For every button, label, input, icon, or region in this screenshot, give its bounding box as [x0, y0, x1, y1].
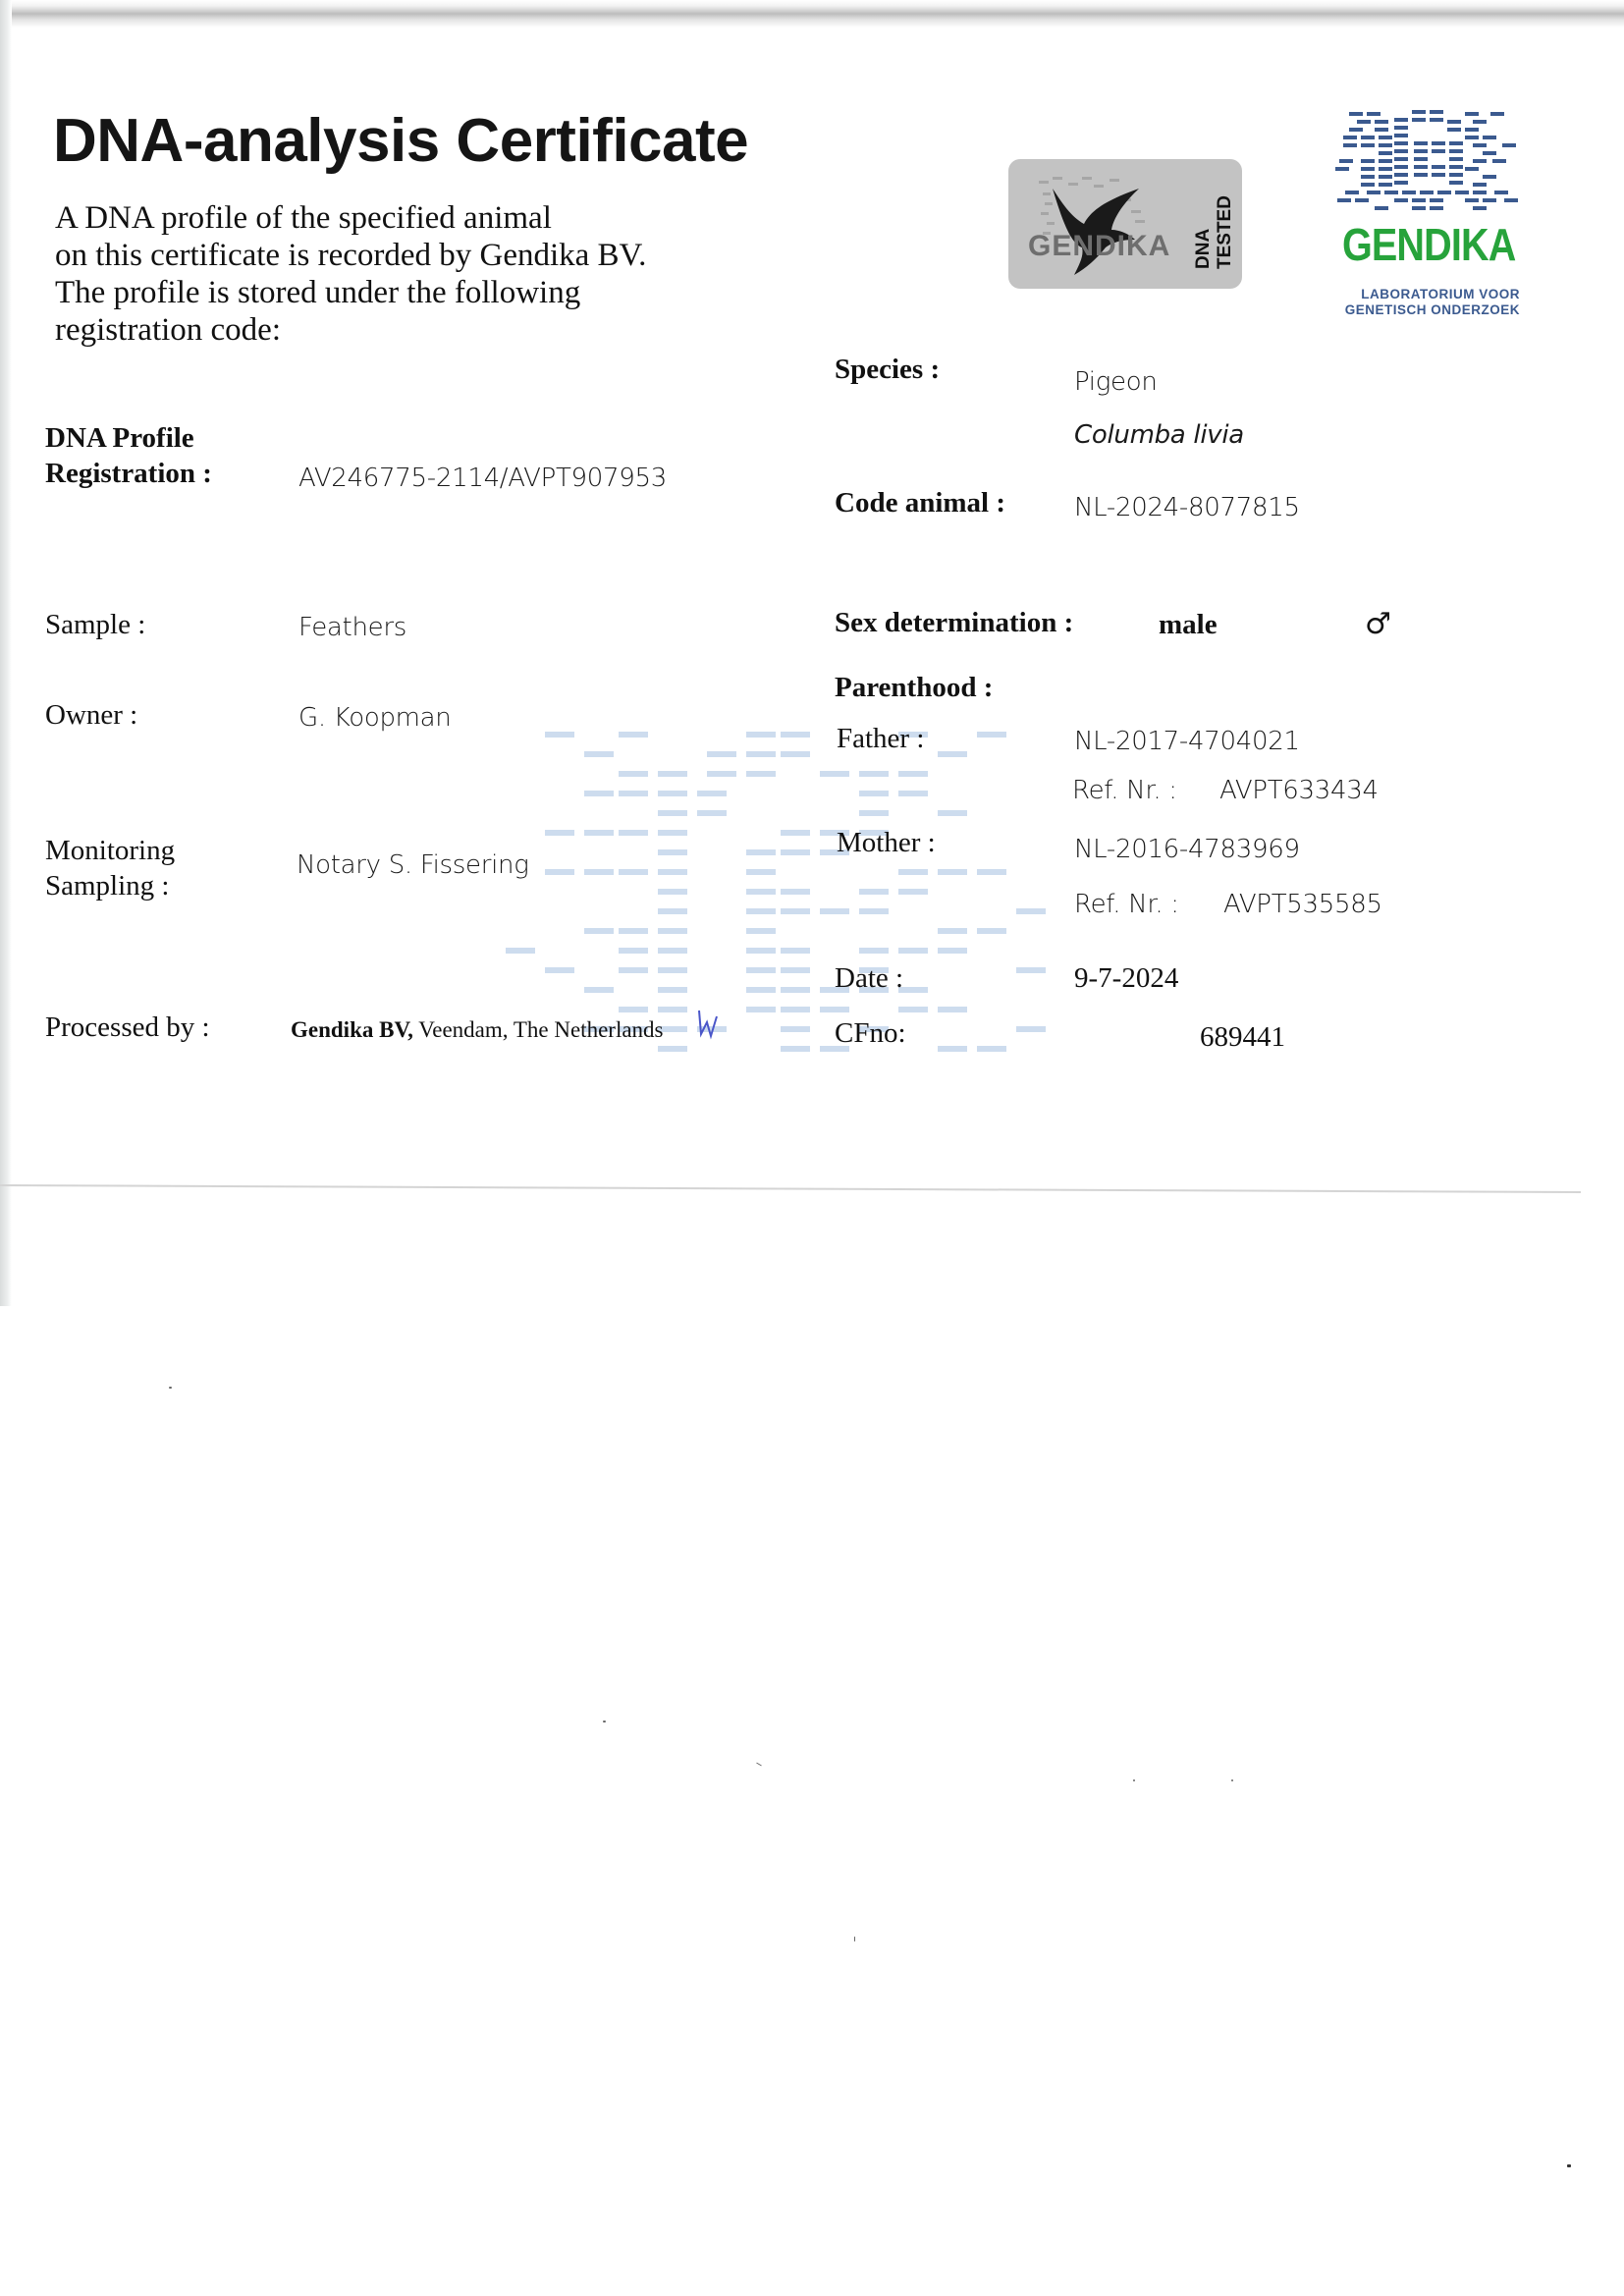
certificate-intro: A DNA profile of the specified animal on… — [55, 199, 742, 349]
owner-label: Owner : — [45, 699, 137, 732]
gendika-logo-icon — [1335, 108, 1522, 216]
dna-tested-badge: GENDIKA DNA TESTED — [1008, 159, 1242, 289]
male-symbol-icon: ♂ — [1365, 607, 1391, 641]
monitoring-label: Monitoring — [45, 835, 175, 867]
intro-line: registration code: — [55, 311, 742, 349]
sex-value: male — [1159, 609, 1218, 641]
mother-label: Mother : — [837, 827, 936, 859]
parenthood-label: Parenthood : — [835, 672, 993, 704]
mother-ref-value: AVPT535585 — [1223, 890, 1382, 919]
processed-label: Processed by : — [45, 1011, 210, 1044]
badge-brand: GENDIKA — [1028, 230, 1170, 263]
registration-value: AV246775-2114/AVPT907953 — [298, 464, 667, 493]
code-animal-value: NL-2024-8077815 — [1074, 493, 1300, 522]
father-value: NL-2017-4704021 — [1074, 727, 1300, 756]
scan-edge-top — [0, 0, 1624, 27]
date-value: 9-7-2024 — [1074, 962, 1178, 995]
father-ref-value: AVPT633434 — [1219, 776, 1379, 805]
mother-value: NL-2016-4783969 — [1074, 835, 1300, 864]
logo-subtitle: LABORATORIUM VOOR GENETISCH ONDERZOEK — [1343, 287, 1520, 318]
father-label: Father : — [837, 723, 924, 755]
intro-line: The profile is stored under the followin… — [55, 274, 742, 311]
logo-subtitle-line: GENETISCH ONDERZOEK — [1343, 302, 1520, 318]
monitoring-value: Notary S. Fissering — [297, 850, 529, 880]
processed-location: Veendam, The Netherlands — [413, 1017, 664, 1042]
signature-mark-icon — [695, 1009, 719, 1040]
processed-company: Gendika BV, — [291, 1017, 413, 1042]
sample-label: Sample : — [45, 609, 145, 641]
registration-label: Registration : — [45, 458, 212, 490]
certificate-title: DNA-analysis Certificate — [53, 106, 748, 176]
sampling-label: Sampling : — [45, 870, 169, 902]
species-label: Species : — [835, 354, 940, 386]
cfno-value: 689441 — [1200, 1021, 1285, 1054]
owner-value: G. Koopman — [298, 703, 452, 733]
date-label: Date : — [835, 962, 903, 995]
scan-speck — [169, 1387, 172, 1389]
sex-determination-label: Sex determination : — [835, 607, 1073, 639]
scan-speck — [756, 1763, 762, 1767]
species-latin-value: Columba livia — [1074, 420, 1244, 450]
card-bottom-edge — [0, 1184, 1581, 1193]
logo-name: GENDIKA — [1342, 218, 1515, 271]
scan-speck — [1133, 1779, 1135, 1781]
code-animal-label: Code animal : — [835, 487, 1005, 519]
mother-ref-label: Ref. Nr. : — [1074, 890, 1179, 919]
father-ref-label: Ref. Nr. : — [1072, 776, 1177, 805]
dna-profile-label: DNA Profile — [45, 422, 194, 455]
scan-speck — [1567, 2164, 1571, 2167]
scan-speck — [1231, 1779, 1233, 1781]
intro-line: on this certificate is recorded by Gendi… — [55, 237, 742, 274]
processed-value: Gendika BV, Veendam, The Netherlands — [291, 1017, 664, 1043]
scan-speck — [603, 1721, 606, 1722]
dna-watermark-icon — [506, 722, 1056, 1066]
sample-value: Feathers — [298, 613, 406, 642]
scan-speck — [854, 1937, 855, 1941]
scan-edge-left — [0, 0, 12, 1306]
logo-subtitle-line: LABORATORIUM VOOR — [1343, 287, 1520, 302]
cfno-label: CFno: — [835, 1017, 906, 1050]
badge-tag: DNA TESTED — [1193, 195, 1236, 269]
intro-line: A DNA profile of the specified animal — [55, 199, 742, 237]
species-common-value: Pigeon — [1074, 367, 1158, 397]
